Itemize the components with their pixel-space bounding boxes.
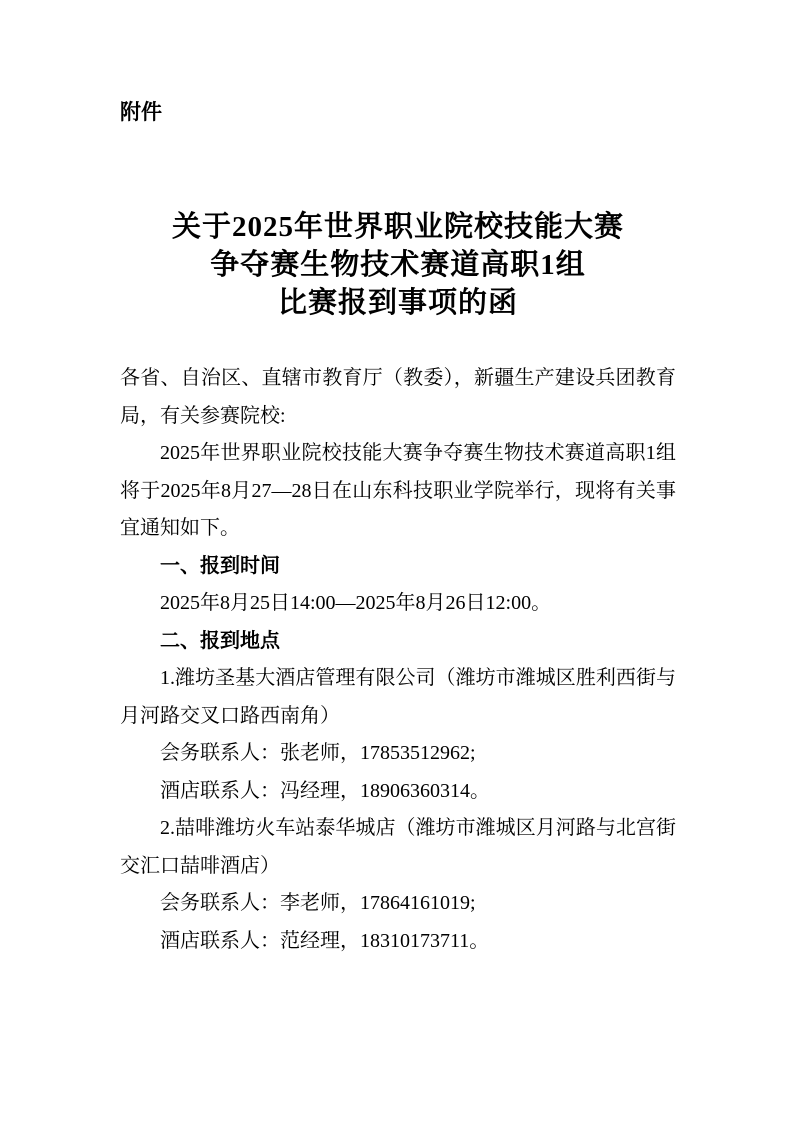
- location-2-hotel-contact: 酒店联系人：范经理，18310173711。: [120, 923, 676, 961]
- checkin-time: 2025年8月25日14:00—2025年8月26日12:00。: [120, 585, 676, 623]
- intro-paragraph: 2025年世界职业院校技能大赛争夺赛生物技术赛道高职1组将于2025年8月27—…: [120, 435, 676, 548]
- document-title: 关于2025年世界职业院校技能大赛 争夺赛生物技术赛道高职1组 比赛报到事项的函: [120, 208, 676, 322]
- attachment-label: 附件: [120, 100, 676, 126]
- section-2-heading: 二、报到地点: [120, 623, 676, 661]
- location-2-name: 2.喆啡潍坊火车站泰华城店（潍坊市潍城区月河路与北宫街交汇口喆啡酒店）: [120, 810, 676, 885]
- title-line-2: 争夺赛生物技术赛道高职1组: [120, 246, 676, 284]
- salutation: 各省、自治区、直辖市教育厅（教委），新疆生产建设兵团教育局，有关参赛院校:: [120, 360, 676, 435]
- title-line-1: 关于2025年世界职业院校技能大赛: [120, 208, 676, 246]
- location-2-conference-contact: 会务联系人：李老师，17864161019;: [120, 885, 676, 923]
- document-body: 各省、自治区、直辖市教育厅（教委），新疆生产建设兵团教育局，有关参赛院校: 20…: [120, 360, 676, 960]
- section-1-heading: 一、报到时间: [120, 548, 676, 586]
- location-1-hotel-contact: 酒店联系人：冯经理，18906360314。: [120, 773, 676, 811]
- location-1-name: 1.潍坊圣基大酒店管理有限公司（潍坊市潍城区胜利西街与月河路交叉口路西南角）: [120, 660, 676, 735]
- location-1-conference-contact: 会务联系人：张老师，17853512962;: [120, 735, 676, 773]
- document-page: 附件 关于2025年世界职业院校技能大赛 争夺赛生物技术赛道高职1组 比赛报到事…: [0, 0, 794, 1123]
- title-line-3: 比赛报到事项的函: [120, 284, 676, 322]
